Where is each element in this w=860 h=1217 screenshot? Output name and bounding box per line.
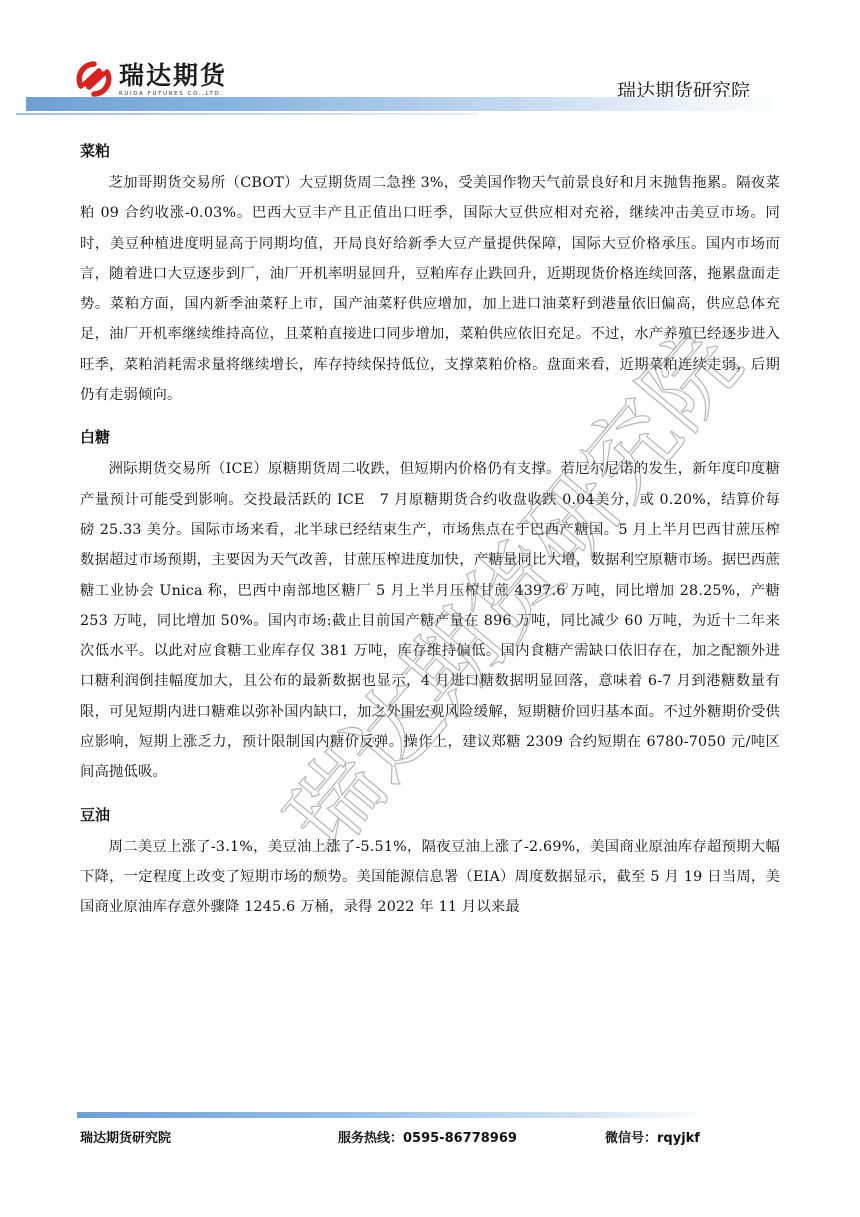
footer-divider-band — [77, 1112, 709, 1118]
report-body: 菜粕 芝加哥期货交易所（CBOT）大豆期货周二急挫 3%，受美国作物天气前景良好… — [80, 136, 780, 923]
logo-english-name: RUIDA FUTURES CO.,LTD. — [119, 91, 227, 97]
section-paragraph: 芝加哥期货交易所（CBOT）大豆期货周二急挫 3%，受美国作物天气前景良好和月末… — [80, 168, 780, 410]
footer-hotline: 服务热线：0595-86778969 — [338, 1127, 517, 1146]
footer-org: 瑞达期货研究院 — [80, 1127, 171, 1146]
header-divider-band — [26, 97, 786, 111]
section-paragraph: 周二美豆上涨了-3.1%，美豆油上涨了-5.51%，隔夜豆油上涨了-2.69%，… — [80, 832, 780, 923]
section-title: 白糖 — [80, 422, 780, 452]
section-rapeseed-meal: 菜粕 芝加哥期货交易所（CBOT）大豆期货周二急挫 3%，受美国作物天气前景良好… — [80, 136, 780, 410]
section-title: 菜粕 — [80, 136, 780, 166]
header-divider-line — [16, 113, 478, 115]
footer-wechat: 微信号：rqyjkf — [605, 1127, 700, 1146]
logo-chinese-name: 瑞达期货 — [119, 62, 227, 90]
company-logo: 瑞达期货 RUIDA FUTURES CO.,LTD. — [75, 60, 227, 98]
section-title: 豆油 — [80, 800, 780, 830]
ruida-logo-icon — [75, 60, 113, 98]
section-paragraph: 洲际期货交易所（ICE）原糖期货周二收跌，但短期内价格仍有支撑。若厄尔尼诺的发生… — [80, 454, 780, 787]
section-soybean-oil: 豆油 周二美豆上涨了-3.1%，美豆油上涨了-5.51%，隔夜豆油上涨了-2.6… — [80, 800, 780, 923]
section-white-sugar: 白糖 洲际期货交易所（ICE）原糖期货周二收跌，但短期内价格仍有支撑。若厄尔尼诺… — [80, 422, 780, 787]
